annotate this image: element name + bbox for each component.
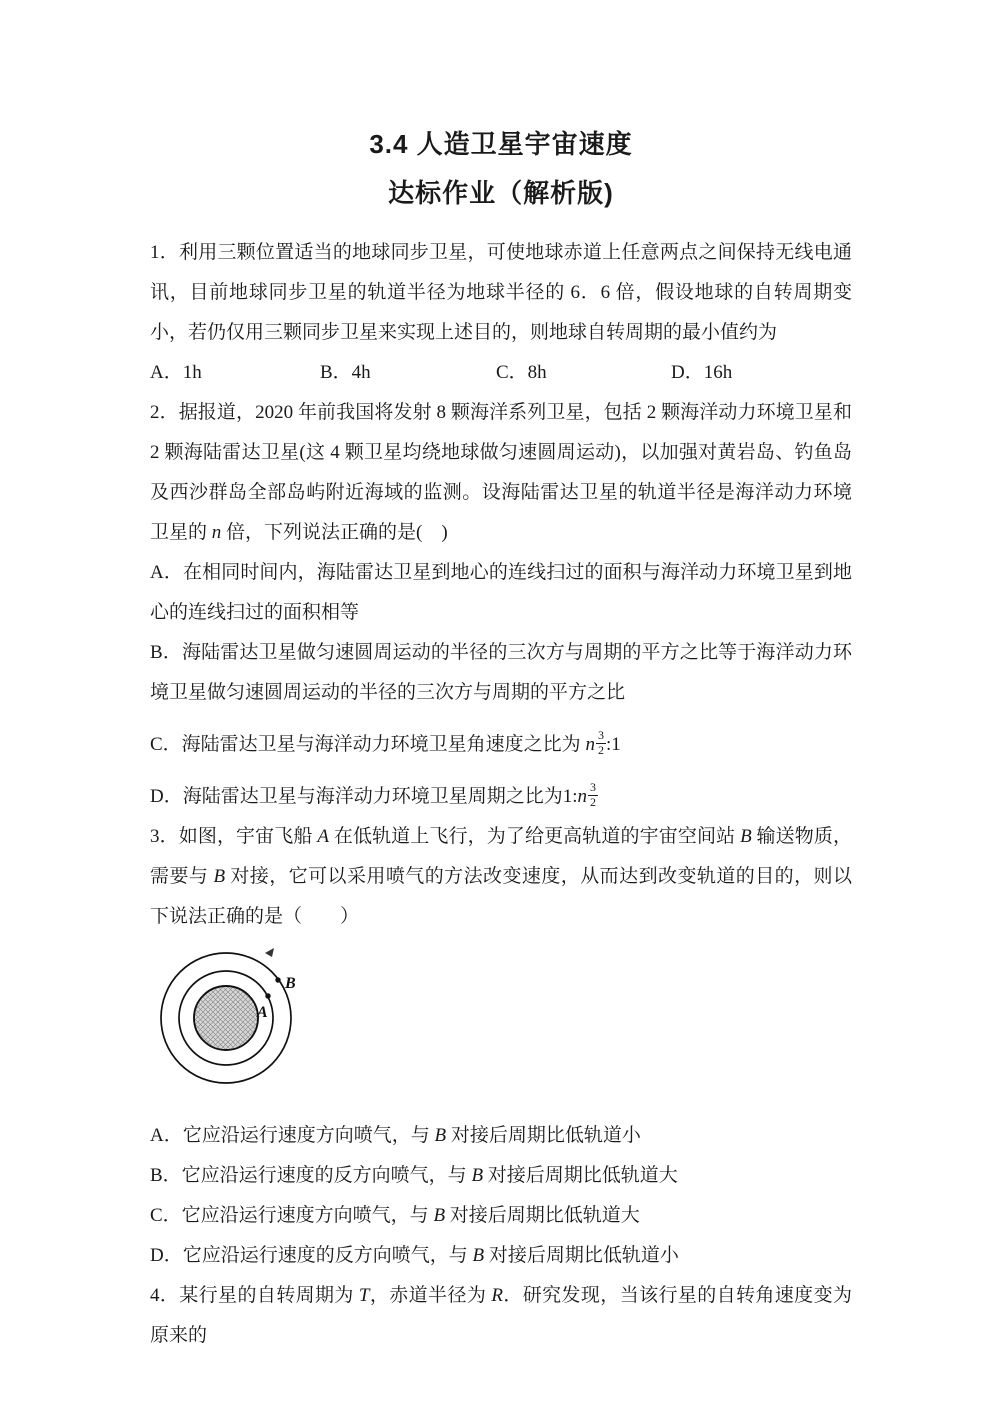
- q1-option-d: D．16h: [671, 353, 852, 393]
- q3-option-a: A．它应沿运行速度方向喷气，与 B 对接后周期比低轨道小: [150, 1116, 852, 1156]
- q1-option-c: C．8h: [496, 353, 671, 393]
- q3-option-d: D．它应沿运行速度的反方向喷气，与 B 对接后周期比低轨道小: [150, 1236, 852, 1276]
- point-a-dot: [265, 993, 270, 998]
- q2-option-b: B．海陆雷达卫星做匀速圆周运动的半径的三次方与周期的平方之比等于海洋动力环境卫星…: [150, 633, 852, 713]
- direction-arrow-icon: [265, 948, 274, 957]
- point-b-dot: [275, 977, 280, 982]
- q2-option-a: A．在相同时间内，海陆雷达卫星到地心的连线扫过的面积与海洋动力环境卫星到地心的连…: [150, 553, 852, 633]
- q2-option-c: C．海陆雷达卫星与海洋动力环境卫星角速度之比为 n32:1: [150, 713, 852, 765]
- orbit-diagram-svg: B A: [158, 947, 330, 1099]
- question-2-text: 2．据报道，2020 年前我国将发射 8 颗海洋系列卫星，包括 2 颗海洋动力环…: [150, 393, 852, 553]
- q3-option-b: B．它应沿运行速度的反方向喷气，与 B 对接后周期比低轨道大: [150, 1156, 852, 1196]
- doc-title: 3.4 人造卫星宇宙速度: [150, 128, 852, 160]
- orbit-diagram: B A: [158, 947, 330, 1104]
- label-a: A: [256, 1004, 268, 1021]
- q3-option-c: C．它应沿运行速度方向喷气，与 B 对接后周期比低轨道大: [150, 1196, 852, 1236]
- question-1-options: A．1h B．4h C．8h D．16h: [150, 353, 852, 393]
- q1-option-b: B．4h: [320, 353, 496, 393]
- earth-circle: [194, 986, 258, 1050]
- label-b: B: [284, 975, 296, 992]
- q2-option-d: D．海陆雷达卫星与海洋动力环境卫星周期之比为1:n32: [150, 765, 852, 817]
- question-1-text: 1．利用三颗位置适当的地球同步卫星，可使地球赤道上任意两点之间保持无线电通讯，目…: [150, 233, 852, 353]
- question-3-text: 3．如图，宇宙飞船 A 在低轨道上飞行，为了给更高轨道的宇宙空间站 B 输送物质…: [150, 817, 852, 937]
- doc-subtitle: 达标作业（解析版): [150, 177, 852, 209]
- q1-option-a: A．1h: [150, 353, 320, 393]
- document-page: 3.4 人造卫星宇宙速度 达标作业（解析版) 1．利用三颗位置适当的地球同步卫星…: [0, 0, 1000, 1356]
- question-4-text: 4．某行星的自转周期为 T，赤道半径为 R．研究发现，当该行星的自转角速度变为原…: [150, 1276, 852, 1356]
